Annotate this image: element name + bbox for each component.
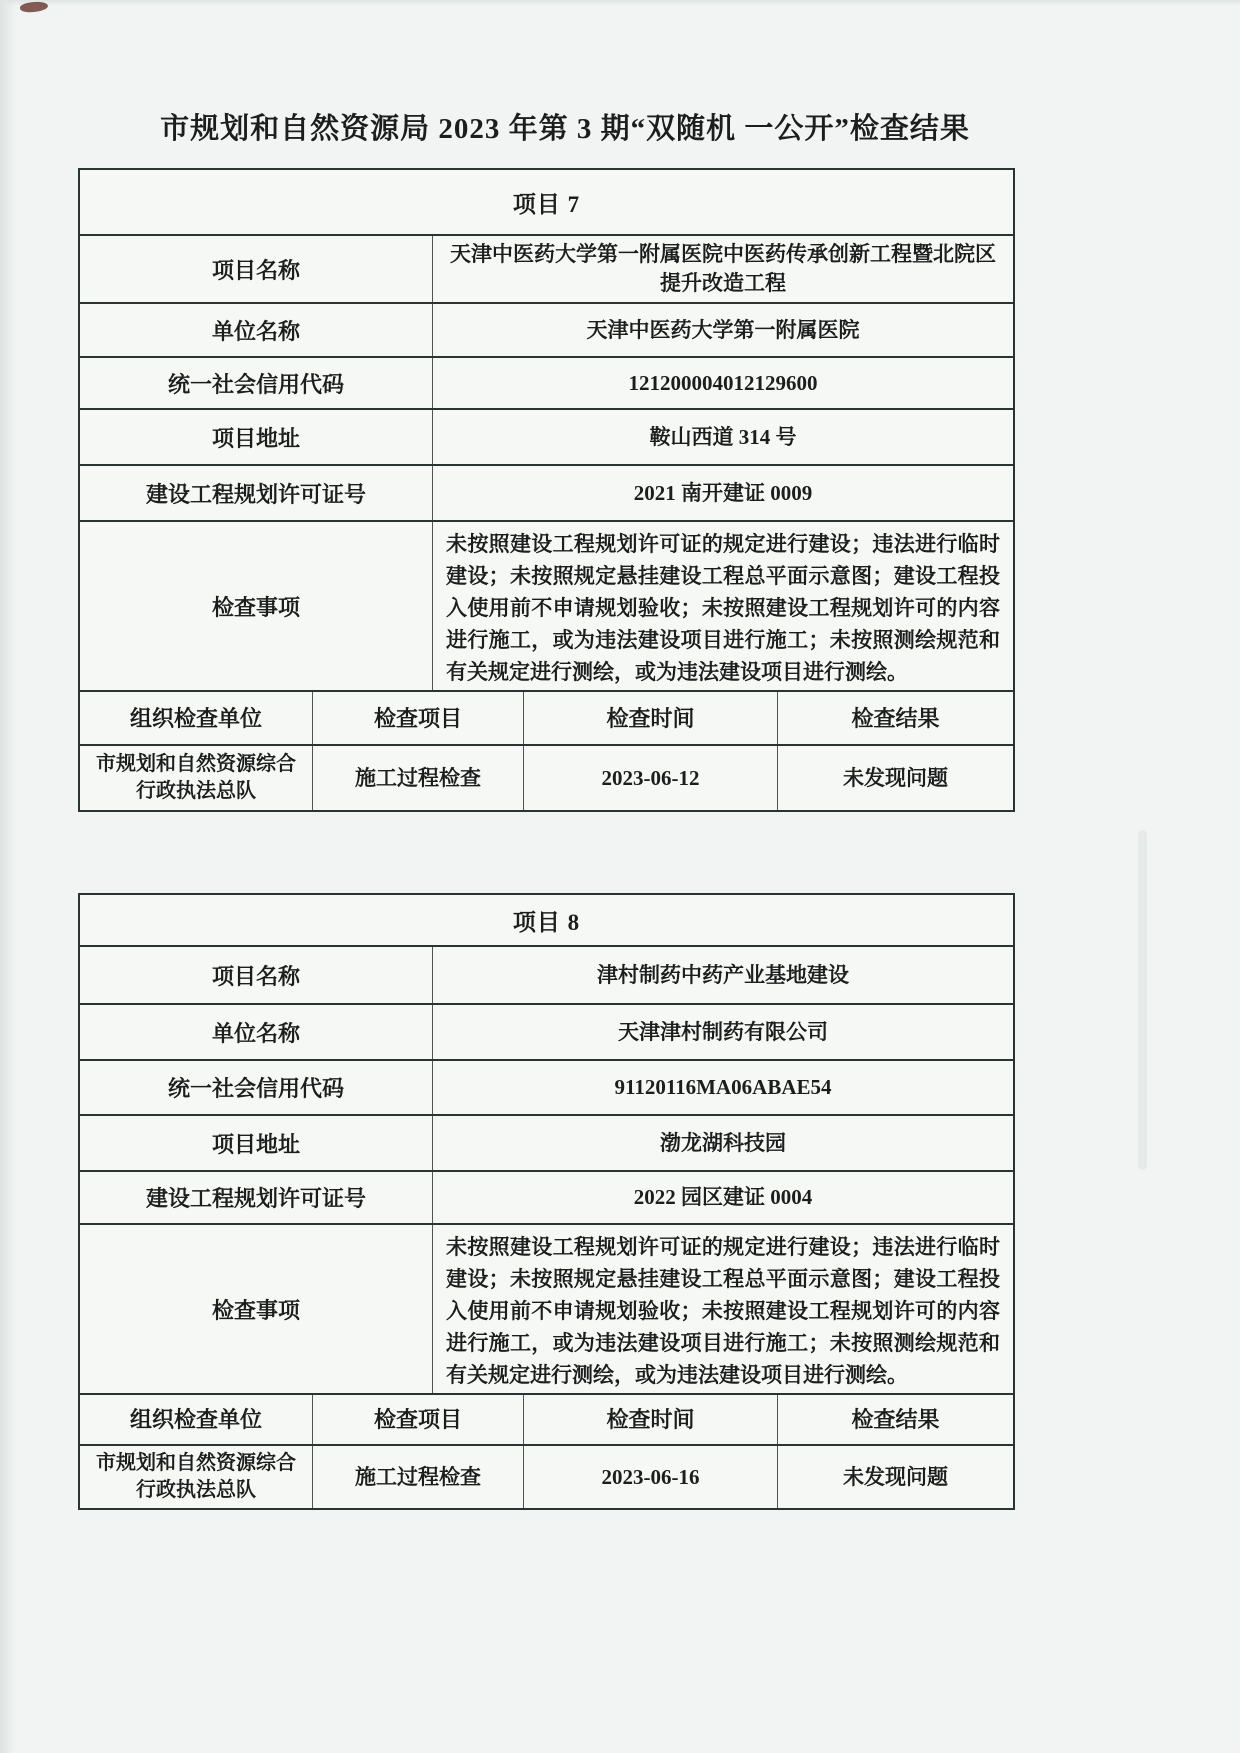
field-value: 天津中医药大学第一附属医院中医药传承创新工程暨北院区提升改造工程 xyxy=(433,236,1013,302)
field-label: 建设工程规划许可证号 xyxy=(80,466,433,520)
field-value: 2021 南开建证 0009 xyxy=(433,466,1013,520)
field-row-project-name: 项目名称 津村制药中药产业基地建设 xyxy=(80,945,1013,1003)
field-row-inspection-items: 检查事项 未按照建设工程规划许可证的规定进行建设；违法进行临时建设；未按照规定悬… xyxy=(80,520,1013,690)
scan-streak-artifact xyxy=(1138,830,1147,1170)
field-row-project-address: 项目地址 渤龙湖科技园 xyxy=(80,1114,1013,1170)
field-value: 渤龙湖科技园 xyxy=(433,1116,1013,1170)
project-7-table: 项目 7 项目名称 天津中医药大学第一附属医院中医药传承创新工程暨北院区提升改造… xyxy=(78,168,1015,812)
inspection-result-row: 市规划和自然资源综合行政执法总队 施工过程检查 2023-06-16 未发现问题 xyxy=(80,1444,1013,1508)
inspection-header-org: 组织检查单位 xyxy=(80,1395,313,1444)
field-label: 项目地址 xyxy=(80,1116,433,1170)
field-row-permit-number: 建设工程规划许可证号 2022 园区建证 0004 xyxy=(80,1170,1013,1223)
inspection-time-value: 2023-06-16 xyxy=(524,1446,778,1508)
field-label: 统一社会信用代码 xyxy=(80,1061,433,1114)
scan-edge-shadow-top xyxy=(0,0,1240,6)
field-label: 项目地址 xyxy=(80,410,433,464)
field-label: 检查事项 xyxy=(80,1225,433,1393)
inspection-header-result: 检查结果 xyxy=(778,692,1013,744)
field-row-inspection-items: 检查事项 未按照建设工程规划许可证的规定进行建设；违法进行临时建设；未按照规定悬… xyxy=(80,1223,1013,1393)
field-row-permit-number: 建设工程规划许可证号 2021 南开建证 0009 xyxy=(80,464,1013,520)
field-label: 单位名称 xyxy=(80,304,433,356)
field-label: 项目名称 xyxy=(80,947,433,1003)
field-value: 未按照建设工程规划许可证的规定进行建设；违法进行临时建设；未按照规定悬挂建设工程… xyxy=(433,522,1013,690)
field-value: 91120116MA06ABAE54 xyxy=(433,1061,1013,1114)
scan-smudge-mark xyxy=(20,1,49,14)
field-row-unit-name: 单位名称 天津中医药大学第一附属医院 xyxy=(80,302,1013,356)
inspection-result-value: 未发现问题 xyxy=(778,1446,1013,1508)
field-label: 统一社会信用代码 xyxy=(80,358,433,408)
inspection-result-row: 市规划和自然资源综合行政执法总队 施工过程检查 2023-06-12 未发现问题 xyxy=(80,744,1013,810)
document-page: 市规划和自然资源局 2023 年第 3 期“双随机 一公开”检查结果 项目 7 … xyxy=(0,0,1240,1753)
inspection-item-value: 施工过程检查 xyxy=(313,1446,524,1508)
scan-edge-shadow xyxy=(0,0,16,1753)
field-value: 未按照建设工程规划许可证的规定进行建设；违法进行临时建设；未按照规定悬挂建设工程… xyxy=(433,1225,1013,1393)
field-label: 检查事项 xyxy=(80,522,433,690)
inspection-header-item: 检查项目 xyxy=(313,1395,524,1444)
inspection-org-value: 市规划和自然资源综合行政执法总队 xyxy=(80,746,313,810)
field-value: 天津津村制药有限公司 xyxy=(433,1005,1013,1059)
field-row-project-name: 项目名称 天津中医药大学第一附属医院中医药传承创新工程暨北院区提升改造工程 xyxy=(80,234,1013,302)
field-value: 津村制药中药产业基地建设 xyxy=(433,947,1013,1003)
inspection-header-row: 组织检查单位 检查项目 检查时间 检查结果 xyxy=(80,1393,1013,1444)
inspection-header-item: 检查项目 xyxy=(313,692,524,744)
table-title: 项目 7 xyxy=(80,170,1013,234)
inspection-org-value: 市规划和自然资源综合行政执法总队 xyxy=(80,1446,313,1508)
field-row-credit-code: 统一社会信用代码 91120116MA06ABAE54 xyxy=(80,1059,1013,1114)
inspection-header-row: 组织检查单位 检查项目 检查时间 检查结果 xyxy=(80,690,1013,744)
page-title: 市规划和自然资源局 2023 年第 3 期“双随机 一公开”检查结果 xyxy=(0,106,1130,147)
field-row-credit-code: 统一社会信用代码 121200004012129600 xyxy=(80,356,1013,408)
field-value: 121200004012129600 xyxy=(433,358,1013,408)
field-label: 建设工程规划许可证号 xyxy=(80,1172,433,1223)
field-value: 鞍山西道 314 号 xyxy=(433,410,1013,464)
field-row-project-address: 项目地址 鞍山西道 314 号 xyxy=(80,408,1013,464)
table-title: 项目 8 xyxy=(80,895,1013,945)
field-label: 项目名称 xyxy=(80,236,433,302)
inspection-result-value: 未发现问题 xyxy=(778,746,1013,810)
field-value: 天津中医药大学第一附属医院 xyxy=(433,304,1013,356)
field-value: 2022 园区建证 0004 xyxy=(433,1172,1013,1223)
field-row-unit-name: 单位名称 天津津村制药有限公司 xyxy=(80,1003,1013,1059)
project-8-table: 项目 8 项目名称 津村制药中药产业基地建设 单位名称 天津津村制药有限公司 统… xyxy=(78,893,1015,1510)
inspection-header-org: 组织检查单位 xyxy=(80,692,313,744)
inspection-header-result: 检查结果 xyxy=(778,1395,1013,1444)
inspection-time-value: 2023-06-12 xyxy=(524,746,778,810)
inspection-header-time: 检查时间 xyxy=(524,692,778,744)
field-label: 单位名称 xyxy=(80,1005,433,1059)
inspection-item-value: 施工过程检查 xyxy=(313,746,524,810)
inspection-header-time: 检查时间 xyxy=(524,1395,778,1444)
